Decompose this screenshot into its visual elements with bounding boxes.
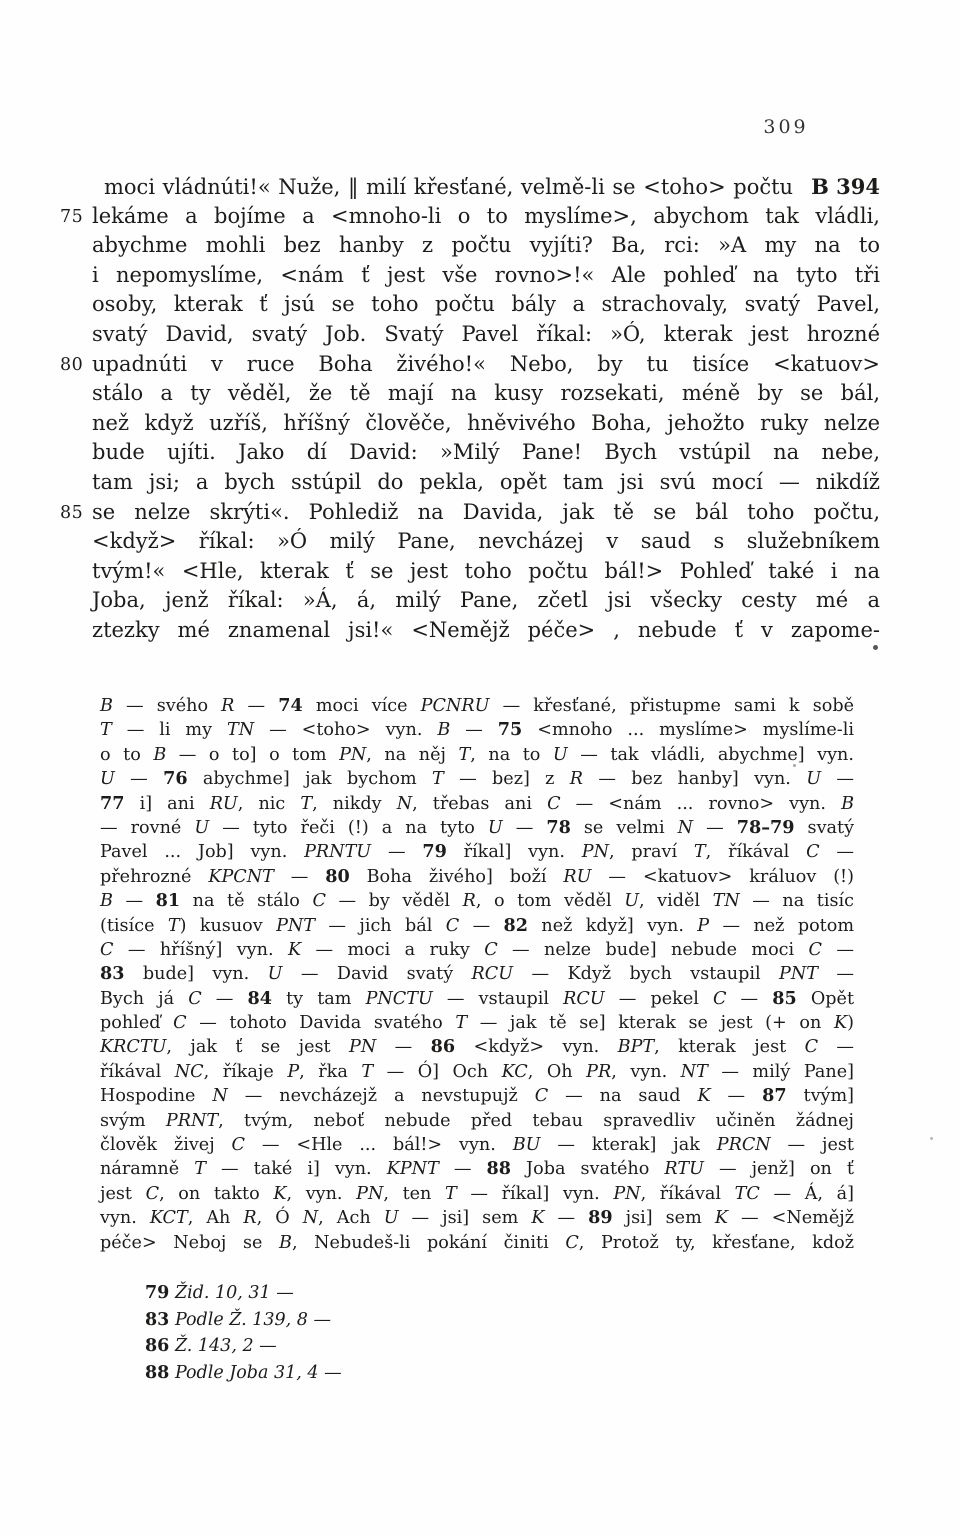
manuscript-siglum: PR [586, 1062, 611, 1082]
manuscript-siglum: TC [735, 1184, 760, 1204]
manuscript-siglum: TN [227, 720, 254, 740]
manuscript-siglum: KPNT [387, 1159, 439, 1179]
manuscript-siglum: PN [349, 1037, 376, 1057]
apparatus-line: pohleď C — tohoto Davida svatého T — jak… [100, 1011, 854, 1035]
apparatus-line: přehrozné KPCNT — 80 Boha živého] boží R… [100, 865, 854, 889]
apparatus-line: říkával NC, říkaje P, řka T — Ó] Och KC,… [100, 1060, 854, 1084]
footnote-verse-number: 79 [145, 1283, 169, 1303]
apparatus-text: , Protož ty, křesťane, kdož [579, 1233, 854, 1253]
margin-line-number: 80 [60, 351, 90, 381]
manuscript-siglum: C [809, 940, 822, 960]
manuscript-siglum: R [570, 769, 583, 789]
text-line-content: tam jsi; a bych sstúpil do pekla, opět t… [92, 470, 880, 494]
apparatus-verse-number: 75 [498, 719, 522, 740]
manuscript-siglum: KC [502, 1062, 528, 1082]
apparatus-verse-number: 88 [487, 1158, 511, 1179]
manuscript-siglum: P [287, 1062, 299, 1082]
apparatus-text: — [820, 842, 854, 862]
apparatus-text: — David svatý [282, 964, 471, 984]
apparatus-text: , Nebudeš-li pokání činiti [292, 1233, 565, 1253]
apparatus-line: Bych já C — 84 ty tam PNCTU — vstaupil R… [100, 987, 854, 1011]
apparatus-verse-number: 89 [588, 1207, 612, 1228]
manuscript-siglum: K [531, 1208, 544, 1228]
text-line-content: upadnúti v ruce Boha živého!« Nebo, by t… [92, 352, 880, 376]
apparatus-verse-number: 80 [325, 866, 349, 887]
apparatus-line: U — 76 abychme] jak bychom T — bez] z R … [100, 767, 854, 791]
apparatus-text: náramně [100, 1159, 194, 1179]
apparatus-text: — [115, 769, 163, 789]
manuscript-folio-reference: B 394 [811, 172, 880, 202]
text-line-content: moci vládnúti!« Nuže, ‖ milí křesťané, v… [92, 173, 793, 203]
apparatus-text: , tvým, neboť nebude před tebau spravedl… [218, 1111, 854, 1131]
apparatus-text: , viděl [639, 891, 713, 911]
apparatus-text: ) kusuov [180, 916, 276, 936]
manuscript-siglum: T [445, 1184, 457, 1204]
text-line-content: lekáme a bojíme a <mnoho-li o to myslíme… [92, 204, 880, 228]
apparatus-text: než když] vyn. [528, 916, 697, 936]
text-line: stálo a ty věděl, že tě mají na kusy roz… [92, 379, 880, 409]
apparatus-text: — na saud [548, 1086, 697, 1106]
manuscript-siglum: R [243, 1208, 256, 1228]
margin-line-number: 85 [60, 499, 90, 529]
apparatus-text: vyn. [100, 1208, 150, 1228]
manuscript-siglum: R [463, 891, 476, 911]
apparatus-line: člověk živej C — <Hle ... bál!> vyn. BU … [100, 1133, 854, 1157]
apparatus-text: přehrozné [100, 867, 208, 887]
manuscript-siglum: N [212, 1086, 227, 1106]
text-line-content: <když> říkal: »Ó milý Pane, nevcházej v … [92, 529, 880, 553]
apparatus-text: — také i] vyn. [206, 1159, 387, 1179]
apparatus-text: — o to] o tom [166, 745, 339, 765]
manuscript-siglum: P [697, 916, 709, 936]
apparatus-text: — bez] z [444, 769, 570, 789]
manuscript-siglum: K [288, 940, 301, 960]
apparatus-text: ) [847, 1013, 854, 1033]
ink-speck [793, 764, 796, 767]
manuscript-siglum: C [484, 940, 497, 960]
manuscript-siglum: U [384, 1208, 399, 1228]
text-line: 80upadnúti v ruce Boha živého!« Nebo, by… [92, 350, 880, 380]
apparatus-line: 83 bude] vyn. U — David svatý RCU — Když… [100, 962, 854, 986]
apparatus-text: <když> vyn. [455, 1037, 618, 1057]
apparatus-text: <mnoho ... myslíme> myslíme-li [522, 720, 854, 740]
apparatus-text: , řka [299, 1062, 361, 1082]
apparatus-text: , Ach [318, 1208, 384, 1228]
apparatus-text: Joba svatého [511, 1159, 664, 1179]
apparatus-text: — <Hle ... bál!> vyn. [245, 1135, 513, 1155]
apparatus-text: , vyn. [611, 1062, 680, 1082]
manuscript-siglum: BU [513, 1135, 541, 1155]
manuscript-siglum: T [694, 842, 706, 862]
apparatus-text: , kterak jest [654, 1037, 804, 1057]
manuscript-siglum: K [715, 1208, 728, 1228]
apparatus-text: — tak vládli, abychme] vyn. [568, 745, 854, 765]
apparatus-text: , nic [238, 794, 301, 814]
apparatus-text: , na to [470, 745, 553, 765]
text-line: 85se nelze skrýti«. Pohlediž na Davida, … [92, 498, 880, 528]
manuscript-siglum: PRNT [166, 1111, 218, 1131]
manuscript-siglum: NC [175, 1062, 204, 1082]
text-line: moci vládnúti!« Nuže, ‖ milí křesťané, v… [92, 172, 880, 202]
manuscript-siglum: U [553, 745, 568, 765]
manuscript-siglum: T [455, 1013, 467, 1033]
manuscript-siglum: K [697, 1086, 710, 1106]
apparatus-text: — rovné [100, 818, 194, 838]
apparatus-text: Pavel ... Job] vyn. [100, 842, 304, 862]
apparatus-text: , jak ť se jest [166, 1037, 349, 1057]
apparatus-text: — [234, 696, 278, 716]
manuscript-siglum: PRCN [717, 1135, 771, 1155]
manuscript-siglum: KCT [150, 1208, 188, 1228]
apparatus-text: — [818, 964, 854, 984]
text-line: i nepomyslíme, <nám ť jest vše rovno>!« … [92, 261, 880, 291]
manuscript-siglum: U [100, 769, 115, 789]
text-line: než když uzříš, hříšný člověče, hněvivéh… [92, 409, 880, 439]
apparatus-text: — <katuov> králuov (!) [591, 867, 854, 887]
manuscript-siglum: U [806, 769, 821, 789]
apparatus-line: — rovné U — tyto řeči (!) a na tyto U — … [100, 816, 854, 840]
text-line-content: ztezky mé znamenal jsi!« <Nemějž péče> ,… [92, 618, 880, 642]
apparatus-text: Bych já [100, 989, 188, 1009]
apparatus-text: — jenž] on ť [704, 1159, 854, 1179]
apparatus-text: — <Nemějž [728, 1208, 854, 1228]
apparatus-text: — bez hanby] vyn. [583, 769, 806, 789]
manuscript-siglum: N [303, 1208, 318, 1228]
footnote-item: 88 Podle Joba 31, 4 — [145, 1360, 342, 1387]
apparatus-text: jest [100, 1184, 146, 1204]
page-number: 309 [752, 116, 820, 138]
manuscript-siglum: TN [713, 891, 740, 911]
apparatus-text: moci více [303, 696, 421, 716]
manuscript-siglum: T [300, 794, 312, 814]
apparatus-text: — [503, 818, 547, 838]
margin-line-number: 75 [60, 203, 90, 233]
manuscript-siglum: KRCTU [100, 1037, 166, 1057]
manuscript-siglum: T [459, 745, 471, 765]
manuscript-siglum: B [279, 1233, 292, 1253]
apparatus-verse-number: 87 [762, 1085, 786, 1106]
manuscript-siglum: T [194, 1159, 206, 1179]
apparatus-text: , říkával [706, 842, 806, 862]
apparatus-line: 77 i] ani RU, nic T, nikdy N, třebas ani… [100, 792, 854, 816]
manuscript-siglum: K [834, 1013, 847, 1033]
footnote-verse-number: 83 [145, 1310, 169, 1330]
footnote-item: 83 Podle Ž. 139, 8 — [145, 1307, 342, 1334]
text-line: Joba, jenž říkal: »Á, á, milý Pane, zčet… [92, 586, 880, 616]
manuscript-siglum: T [361, 1062, 373, 1082]
apparatus-text: , Oh [528, 1062, 586, 1082]
apparatus-text: , třebas ani [412, 794, 547, 814]
apparatus-text: Hospodine [100, 1086, 212, 1106]
apparatus-line: C — hříšný] vyn. K — moci a ruky C — nel… [100, 938, 854, 962]
manuscript-siglum: C [547, 794, 560, 814]
apparatus-line: T — li my TN — <toho> vyn. B — 75 <mnoho… [100, 718, 854, 742]
apparatus-text: , on takto [159, 1184, 273, 1204]
apparatus-text: — pekel [605, 989, 713, 1009]
manuscript-siglum: B [153, 745, 166, 765]
apparatus-text: — hříšný] vyn. [113, 940, 287, 960]
apparatus-text: o to [100, 745, 153, 765]
text-line-content: stálo a ty věděl, že tě mají na kusy roz… [92, 381, 880, 405]
apparatus-text: — jak tě se] kterak se jest (+ on [467, 1013, 834, 1033]
footnote-reference: Ž. 143, 2 — [175, 1336, 277, 1356]
apparatus-text: , říkával [641, 1184, 735, 1204]
apparatus-verse-number: 84 [248, 988, 272, 1009]
apparatus-text: svým [100, 1111, 166, 1131]
manuscript-siglum: N [678, 818, 693, 838]
ink-speck [930, 1137, 933, 1140]
apparatus-text: — by věděl [326, 891, 463, 911]
apparatus-verse-number: 79 [422, 841, 446, 862]
footnote-verse-number: 86 [145, 1336, 169, 1356]
manuscript-siglum: K [273, 1184, 286, 1204]
text-line: tvým!« <Hle, kterak ť se jest toho počtu… [92, 557, 880, 587]
footnote-item: 86 Ž. 143, 2 — [145, 1333, 342, 1360]
manuscript-siglum: PN [356, 1184, 383, 1204]
apparatus-text: — [693, 818, 737, 838]
apparatus-verse-number: 85 [772, 988, 796, 1009]
apparatus-verse-number: 74 [278, 695, 302, 716]
apparatus-text: , na něj [366, 745, 458, 765]
apparatus-text: — [822, 940, 854, 960]
apparatus-text: Boha živého] boží [350, 867, 564, 887]
manuscript-siglum: T [432, 769, 444, 789]
apparatus-text: se velmi [571, 818, 678, 838]
apparatus-text: — [274, 867, 325, 887]
footnote-reference: Žid. 10, 31 — [175, 1283, 294, 1303]
manuscript-siglum: RCU [563, 989, 605, 1009]
apparatus-text: , Ó [257, 1208, 303, 1228]
manuscript-siglum: T [100, 720, 112, 740]
apparatus-text: — na tisíc [740, 891, 854, 911]
apparatus-text: — svého [113, 696, 221, 716]
apparatus-text: — Á, á] [760, 1184, 854, 1204]
manuscript-siglum: U [194, 818, 209, 838]
apparatus-text: — Když bych vstaupil [513, 964, 779, 984]
apparatus-text: — tyto řeči (!) a na tyto [209, 818, 488, 838]
apparatus-text: — [113, 891, 156, 911]
footnote-item: 79 Žid. 10, 31 — [145, 1280, 342, 1307]
apparatus-text: — <nám ... rovno> vyn. [561, 794, 842, 814]
footnote-reference: Podle Joba 31, 4 — [175, 1363, 342, 1383]
apparatus-line: svým PRNT, tvým, neboť nebude před tebau… [100, 1109, 854, 1133]
text-line: tam jsi; a bych sstúpil do pekla, opět t… [92, 468, 880, 498]
apparatus-text: — milý Pane] [708, 1062, 854, 1082]
apparatus-line: péče> Neboj se B, Nebudeš-li pokání čini… [100, 1231, 854, 1255]
apparatus-text: — jest [771, 1135, 854, 1155]
apparatus-line: vyn. KCT, Ah R, Ó N, Ach U — jsi] sem K … [100, 1206, 854, 1230]
apparatus-line: Hospodine N — nevcházejž a nevstupujž C … [100, 1084, 854, 1108]
manuscript-siglum: PN [582, 842, 609, 862]
manuscript-siglum: C [805, 1037, 818, 1057]
manuscript-siglum: RCU [472, 964, 514, 984]
apparatus-verse-number: 86 [431, 1036, 455, 1057]
footnote-reference: Podle Ž. 139, 8 — [175, 1310, 331, 1330]
apparatus-line: jest C, on takto K, vyn. PN, ten T — řík… [100, 1182, 854, 1206]
manuscript-siglum: U [624, 891, 639, 911]
apparatus-text: — [450, 720, 497, 740]
manuscript-siglum: C [806, 842, 819, 862]
apparatus-text: — [726, 989, 772, 1009]
apparatus-text: — [439, 1159, 487, 1179]
manuscript-siglum: C [188, 989, 201, 1009]
manuscript-siglum: RTU [664, 1159, 704, 1179]
apparatus-text: bude] vyn. [124, 964, 267, 984]
manuscript-siglum: RU [210, 794, 238, 814]
apparatus-text: — jsi] sem [399, 1208, 532, 1228]
manuscript-siglum: C [565, 1233, 578, 1253]
text-line: <když> říkal: »Ó milý Pane, nevcházej v … [92, 527, 880, 557]
apparatus-text: — vstaupil [433, 989, 563, 1009]
apparatus-text: péče> Neboj se [100, 1233, 279, 1253]
apparatus-text: — li my [112, 720, 227, 740]
apparatus-text: — [376, 1037, 430, 1057]
manuscript-siglum: PNCTU [366, 989, 433, 1009]
text-line-content: osoby, kterak ť jsú se toho počtu bály a… [92, 292, 880, 316]
manuscript-siglum: C [535, 1086, 548, 1106]
apparatus-text: — než potom [709, 916, 854, 936]
main-text-block: moci vládnúti!« Nuže, ‖ milí křesťané, v… [92, 172, 880, 646]
apparatus-text: (tisíce [100, 916, 168, 936]
manuscript-siglum: C [173, 1013, 186, 1033]
apparatus-text: — [544, 1208, 588, 1228]
apparatus-verse-number: 81 [156, 890, 180, 911]
apparatus-text: — Ó] Och [373, 1062, 502, 1082]
apparatus-text: jsi] sem [613, 1208, 715, 1228]
manuscript-siglum: NT [681, 1062, 708, 1082]
manuscript-siglum: KPCNT [208, 867, 274, 887]
text-line-content: i nepomyslíme, <nám ť jest vše rovno>!« … [92, 263, 880, 287]
apparatus-line: B — 81 na tě stálo C — by věděl R, o tom… [100, 889, 854, 913]
apparatus-text: — tohoto Davida svatého [187, 1013, 456, 1033]
apparatus-text: — křesťané, přistupme sami k sobě [489, 696, 854, 716]
apparatus-text: — nevcházejž a nevstupujž [228, 1086, 535, 1106]
manuscript-siglum: U [268, 964, 283, 984]
manuscript-siglum: C [312, 891, 325, 911]
apparatus-text: , nikdy [312, 794, 397, 814]
apparatus-line: (tisíce T) kusuov PNT — jich bál C — 82 … [100, 914, 854, 938]
manuscript-siglum: BPT [618, 1037, 655, 1057]
apparatus-text: pohleď [100, 1013, 173, 1033]
apparatus-text: na tě stálo [180, 891, 312, 911]
manuscript-siglum: C [232, 1135, 245, 1155]
apparatus-text: říkal] vyn. [447, 842, 582, 862]
text-line: abychme mohli bez hanby z počtu vyjíti? … [92, 231, 880, 261]
apparatus-text: , Ah [188, 1208, 244, 1228]
apparatus-text: — [202, 989, 248, 1009]
apparatus-text: říkával [100, 1062, 175, 1082]
text-line: bude ujíti. Jako dí David: »Milý Pane! B… [92, 438, 880, 468]
critical-apparatus-block: B — svého R — 74 moci více PCNRU — křesť… [100, 694, 854, 1255]
apparatus-verse-number: 78 [546, 817, 570, 838]
manuscript-siglum: PNT [779, 964, 818, 984]
text-line-content: tvým!« <Hle, kterak ť se jest toho počtu… [92, 559, 880, 583]
apparatus-line: o to B — o to] o tom PN, na něj T, na to… [100, 743, 854, 767]
manuscript-siglum: N [397, 794, 412, 814]
apparatus-text: — [371, 842, 422, 862]
scanned-book-page: 309 moci vládnúti!« Nuže, ‖ milí křesťan… [0, 0, 960, 1536]
text-line-content: se nelze skrýti«. Pohlediž na Davida, ja… [92, 500, 880, 524]
apparatus-text: , vyn. [286, 1184, 356, 1204]
apparatus-text: — [821, 769, 854, 789]
manuscript-siglum: B [100, 696, 113, 716]
apparatus-verse-number: 76 [163, 768, 187, 789]
manuscript-siglum: C [146, 1184, 159, 1204]
apparatus-text: člověk živej [100, 1135, 232, 1155]
manuscript-siglum: B [841, 794, 854, 814]
manuscript-siglum: PN [613, 1184, 640, 1204]
apparatus-text: Opět [797, 989, 854, 1009]
apparatus-line: náramně T — také i] vyn. KPNT — 88 Joba … [100, 1157, 854, 1181]
text-line-content: bude ujíti. Jako dí David: »Milý Pane! B… [92, 440, 880, 464]
text-line-content: svatý David, svatý Job. Svatý Pavel říka… [92, 322, 880, 346]
apparatus-text: — [711, 1086, 762, 1106]
text-line: osoby, kterak ť jsú se toho počtu bály a… [92, 290, 880, 320]
apparatus-line: B — svého R — 74 moci více PCNRU — křesť… [100, 694, 854, 718]
manuscript-siglum: C [446, 916, 459, 936]
manuscript-siglum: B [437, 720, 450, 740]
text-line-content: Joba, jenž říkal: »Á, á, milý Pane, zčet… [92, 588, 880, 612]
apparatus-line: KRCTU, jak ť se jest PN — 86 <když> vyn.… [100, 1035, 854, 1059]
apparatus-text: — [459, 916, 503, 936]
apparatus-verse-number: 77 [100, 793, 124, 814]
apparatus-verse-number: 78–79 [737, 817, 795, 838]
manuscript-siglum: C [100, 940, 113, 960]
apparatus-text: ty tam [272, 989, 366, 1009]
text-line-content: než když uzříš, hříšný člověče, hněvivéh… [92, 411, 880, 435]
apparatus-text: , praví [609, 842, 694, 862]
apparatus-text: svatý [795, 818, 855, 838]
manuscript-siglum: C [713, 989, 726, 1009]
apparatus-text: — kterak] jak [540, 1135, 716, 1155]
apparatus-text: i] ani [124, 794, 209, 814]
apparatus-text: , říkaje [204, 1062, 288, 1082]
ink-speck [873, 645, 878, 650]
text-line: svatý David, svatý Job. Svatý Pavel říka… [92, 320, 880, 350]
manuscript-siglum: R [221, 696, 234, 716]
text-line-content: abychme mohli bez hanby z počtu vyjíti? … [92, 233, 880, 257]
apparatus-verse-number: 82 [504, 915, 528, 936]
text-line: ztezky mé znamenal jsi!« <Nemějž péče> ,… [92, 616, 880, 646]
apparatus-text: tvým] [787, 1086, 854, 1106]
apparatus-text: — <toho> vyn. [254, 720, 437, 740]
manuscript-siglum: U [488, 818, 503, 838]
manuscript-siglum: T [168, 916, 180, 936]
apparatus-text: abychme] jak bychom [188, 769, 432, 789]
apparatus-verse-number: 83 [100, 963, 124, 984]
apparatus-text: , o tom věděl [476, 891, 624, 911]
apparatus-text: — říkal] vyn. [457, 1184, 614, 1204]
apparatus-text: , ten [383, 1184, 445, 1204]
apparatus-text: — jich bál [315, 916, 446, 936]
manuscript-siglum: B [100, 891, 113, 911]
text-line: 75lekáme a bojíme a <mnoho-li o to myslí… [92, 202, 880, 232]
manuscript-siglum: RU [563, 867, 591, 887]
apparatus-text: — [818, 1037, 854, 1057]
manuscript-siglum: PN [339, 745, 366, 765]
footnotes-block: 79 Žid. 10, 31 —83 Podle Ž. 139, 8 —86 Ž… [145, 1280, 342, 1386]
footnote-verse-number: 88 [145, 1363, 169, 1383]
manuscript-siglum: PCNRU [421, 696, 490, 716]
apparatus-text: — moci a ruky [301, 940, 484, 960]
apparatus-line: Pavel ... Job] vyn. PRNTU — 79 říkal] vy… [100, 840, 854, 864]
manuscript-siglum: PNT [276, 916, 315, 936]
apparatus-text: — nelze bude] nebude moci [498, 940, 809, 960]
manuscript-siglum: PRNTU [304, 842, 371, 862]
